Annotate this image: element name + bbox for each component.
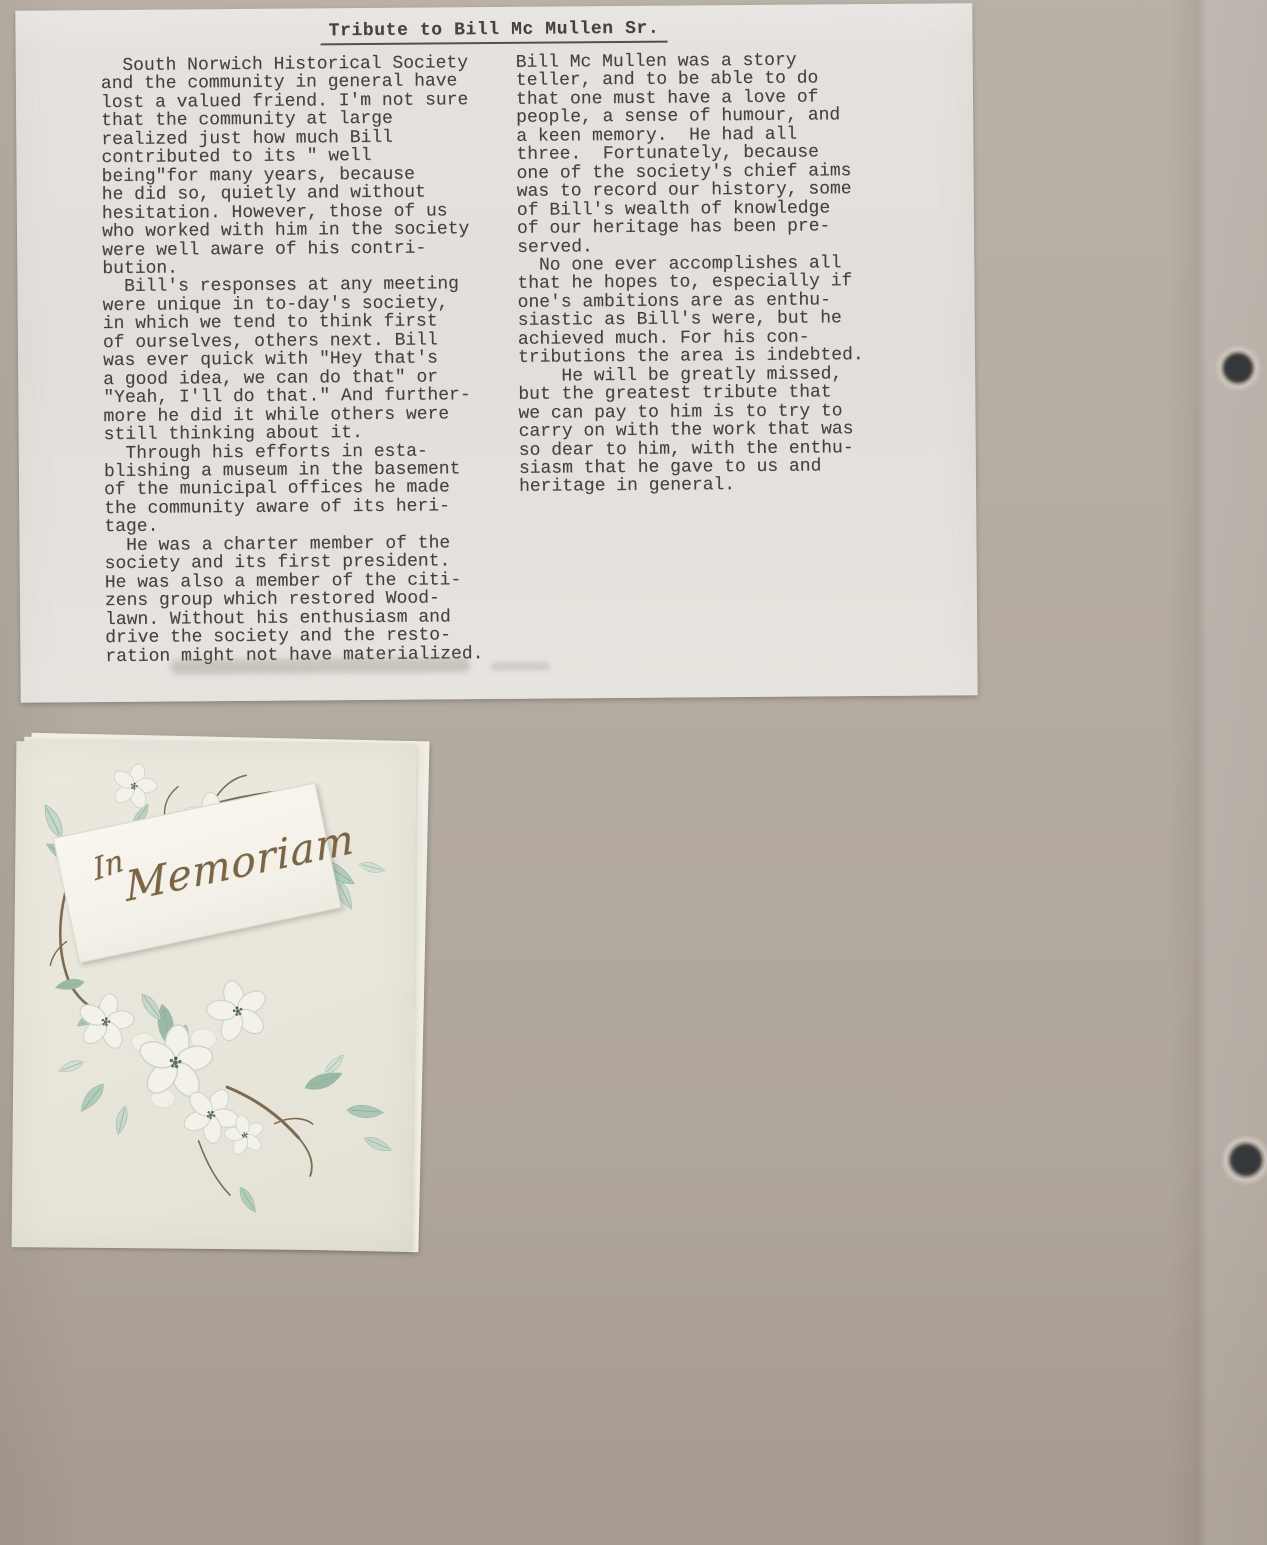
clipping-title: Tribute to Bill Mc Mullen Sr. — [321, 19, 668, 46]
clipping-title-row: Tribute to Bill Mc Mullen Sr. — [15, 16, 972, 48]
newspaper-clipping: Tribute to Bill Mc Mullen Sr. South Norw… — [15, 3, 977, 702]
binder-hole-bottom — [1221, 1135, 1267, 1187]
faded-text-smudge-small — [490, 662, 550, 671]
in-memoriam-word-memoriam: Memoriam — [124, 814, 356, 911]
memorial-card: In Memoriam — [12, 741, 417, 1251]
faded-text-smudge — [170, 657, 470, 674]
in-memoriam-word-in: In — [91, 843, 126, 889]
binder-hole-top — [1215, 345, 1263, 393]
clipping-right-column: Bill Mc Mullen was a storyteller, and to… — [516, 51, 939, 497]
clipping-left-column: South Norwich Historical Societyand the … — [101, 54, 526, 666]
page-fold-crease — [1168, 0, 1267, 1545]
